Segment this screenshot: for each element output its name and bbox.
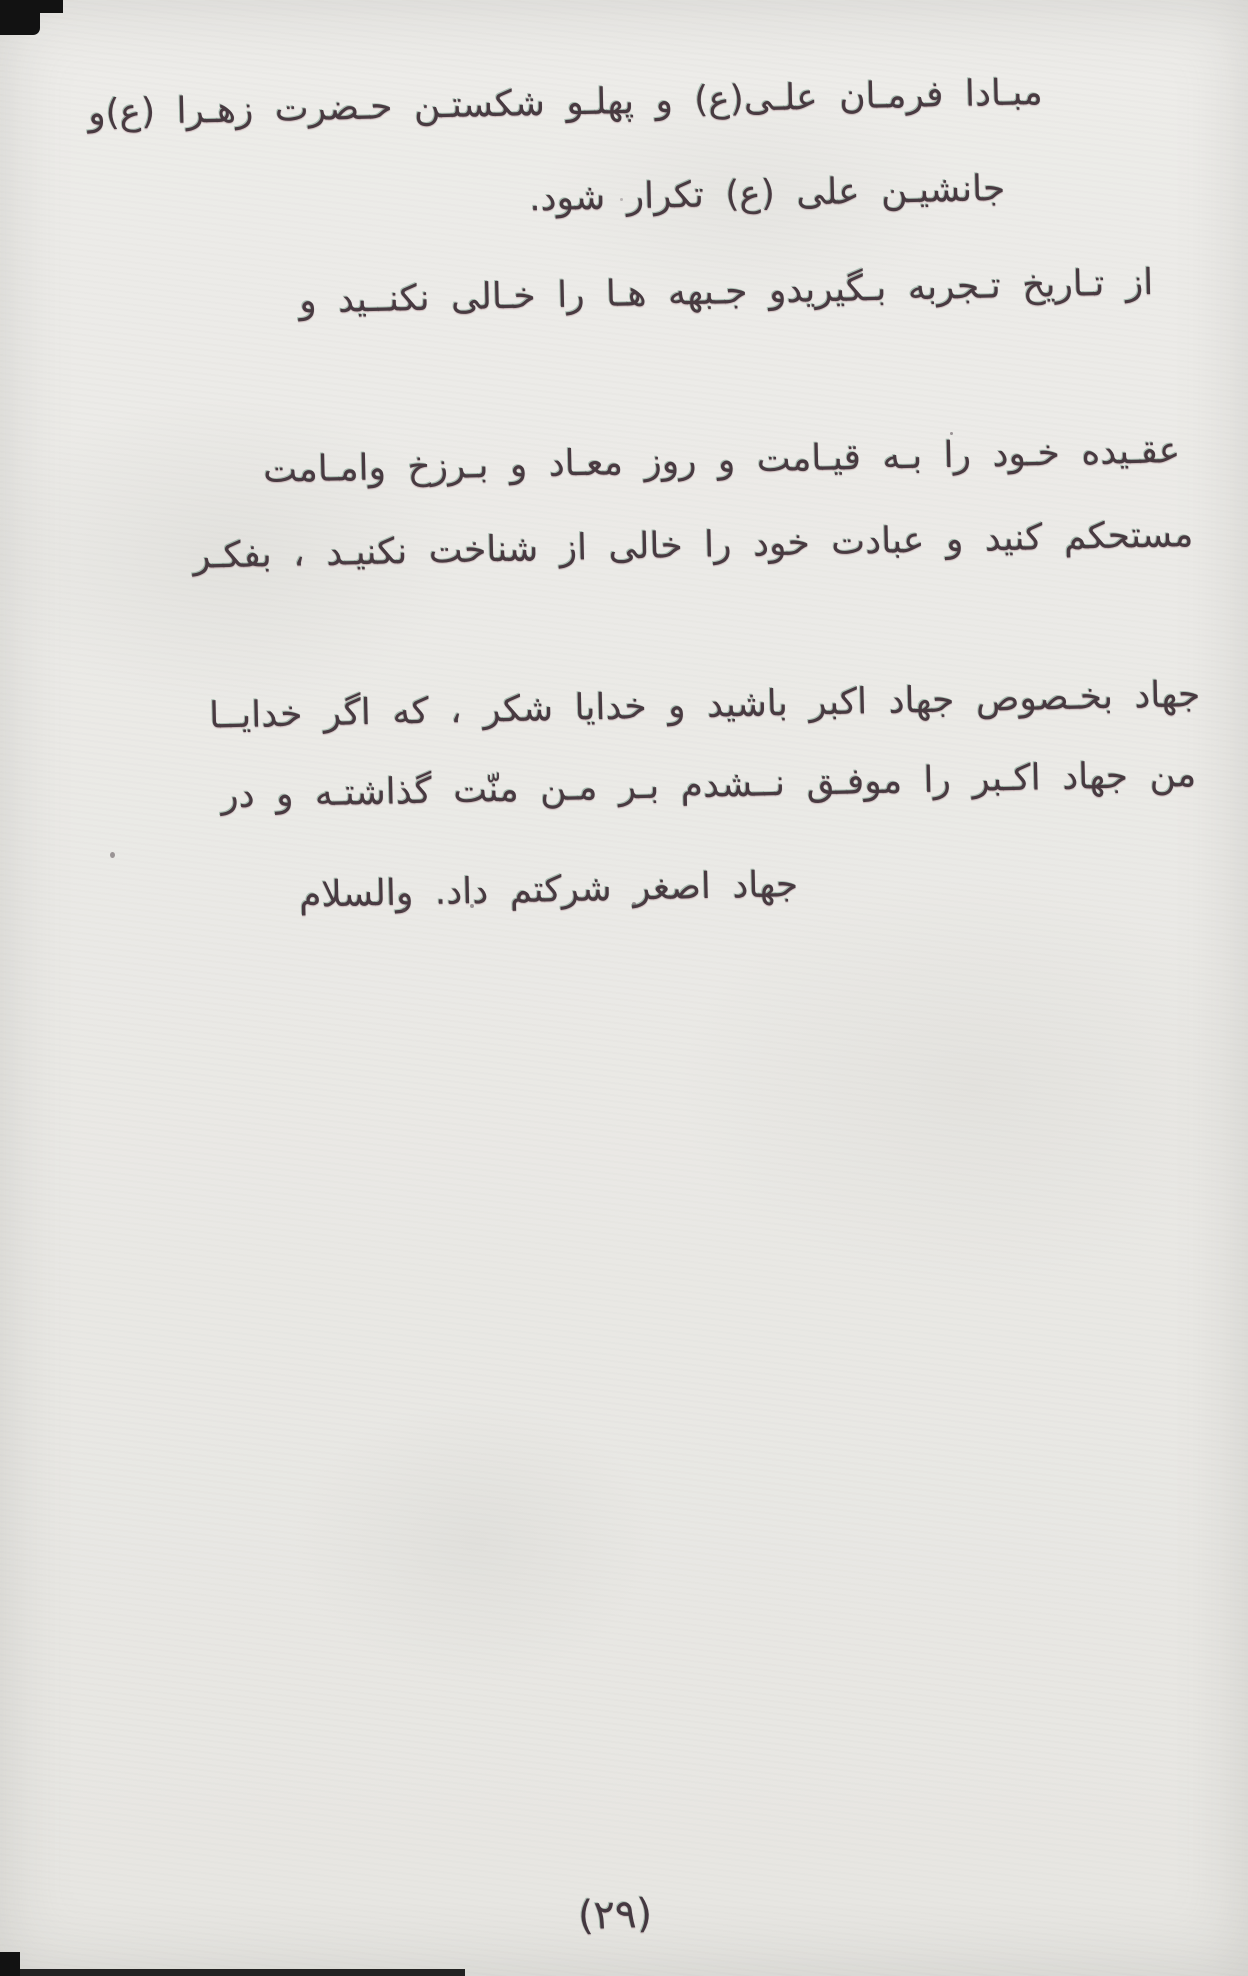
scan-speck xyxy=(470,904,474,908)
text-line-3: از تـاریخ تـجربه بـگیریدو جـبهه هـا را خ… xyxy=(299,262,1154,322)
scan-artifact-bottom-edge xyxy=(0,1969,465,1976)
scan-speck xyxy=(402,908,406,912)
scan-artifact-bottom-left-corner xyxy=(0,1952,20,1976)
page-number: (۲۹) xyxy=(577,1891,653,1940)
text-line-8: جهاد اصغر شرکتم داد. والسلام xyxy=(298,864,798,916)
scan-speck xyxy=(620,198,623,201)
text-line-7: من جهاد اکـبر را موفـق نــشدم بـر مـن من… xyxy=(221,754,1197,816)
scan-speck xyxy=(110,852,115,858)
scan-speck xyxy=(950,432,953,435)
text-line-6: جهاد بخـصوص جهاد اکبر باشید و خدایا شکر … xyxy=(209,674,1201,737)
text-line-2: جانشیـن علی (ع) تکرار شود. xyxy=(528,168,1005,219)
text-line-5: مستحکم کنید و عبادت خود را خالی از شناخت… xyxy=(193,514,1194,577)
text-line-1: مبـادا فرمـان علـی(ع) و پهلـو شکستـن حـض… xyxy=(88,72,1043,134)
scan-speck xyxy=(632,902,636,906)
text-line-4: عقـیده خـود را بـه قیـامت و روز معـاد و … xyxy=(263,430,1181,491)
scanned-page: مبـادا فرمـان علـی(ع) و پهلـو شکستـن حـض… xyxy=(0,0,1248,1976)
scan-artifact-top-left-corner xyxy=(0,0,40,35)
